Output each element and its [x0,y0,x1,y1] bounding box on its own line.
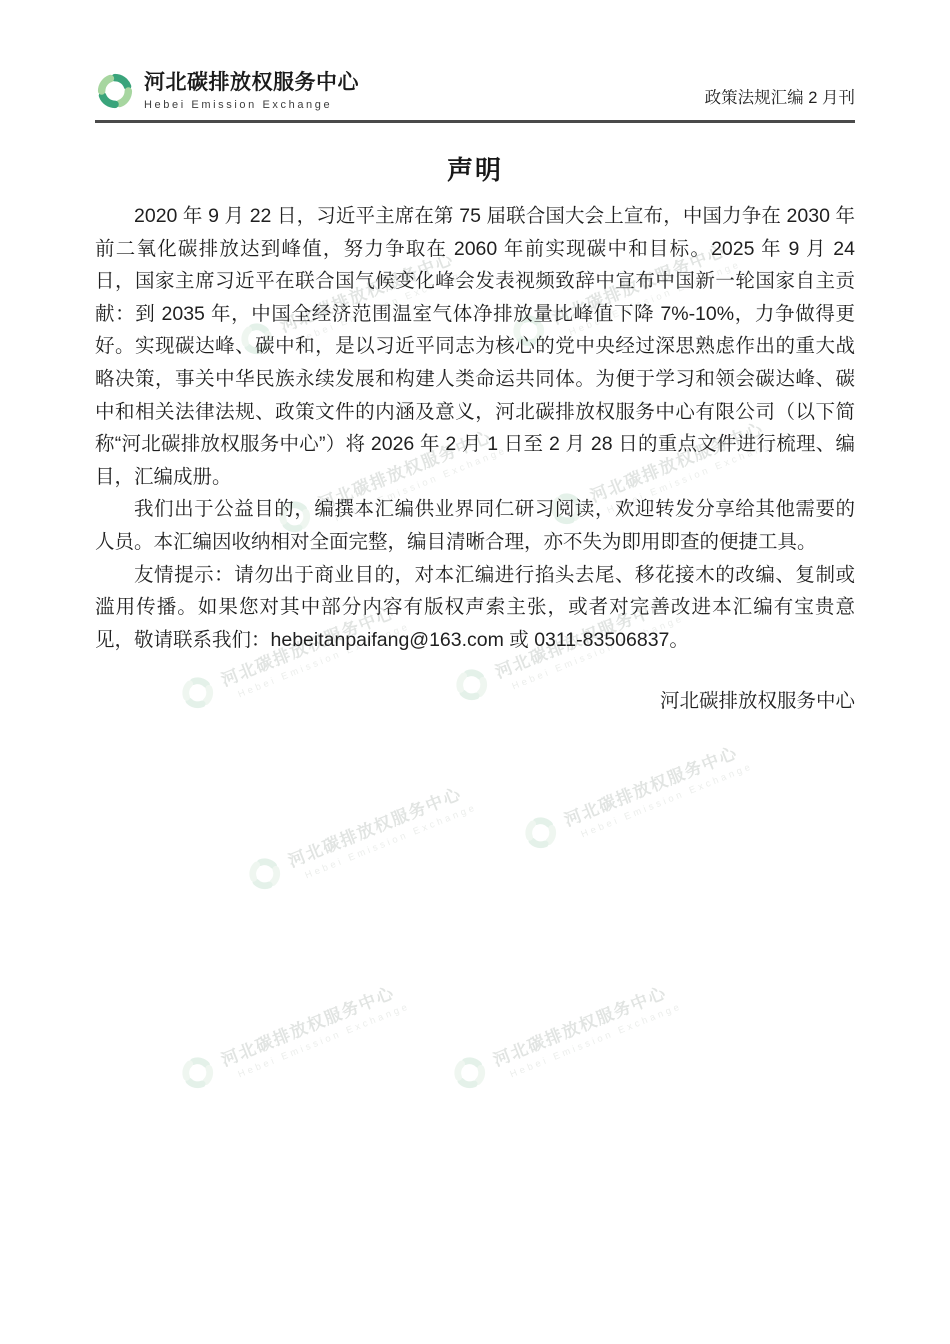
brand-pinwheel-logo-icon [95,71,135,111]
watermark-text-en: Hebei Emission Exchange [580,761,755,840]
watermark-text-en: Hebei Emission Exchange [509,1001,684,1080]
brand: 河北碳排放权服务中心 Hebei Emission Exchange [95,71,359,111]
watermark-pinwheel-logo-icon [446,1049,495,1101]
statement-paragraph-3: 友情提示：请勿出于商业目的，对本汇编进行掐头去尾、移花接木的改编、复制或滥用传播… [95,559,855,657]
statement-content: 声明 2020 年 9 月 22 日，习近平主席在第 75 届联合国大会上宣布，… [95,150,855,717]
brand-name-en: Hebei Emission Exchange [144,99,359,111]
watermark-text-zh: 河北碳排放权服务中心 [560,735,750,831]
watermark-pinwheel-logo-icon [241,850,290,902]
watermark-text-zh: 河北碳排放权服务中心 [489,975,679,1071]
watermark: 河北碳排放权服务中心Hebei Emission Exchange [446,973,683,1101]
watermark: 河北碳排放权服务中心Hebei Emission Exchange [517,733,754,861]
watermark-text-zh: 河北碳排放权服务中心 [284,776,474,872]
page-header: 河北碳排放权服务中心 Hebei Emission Exchange 政策法规汇… [95,0,855,123]
statement-paragraph-2: 我们出于公益目的，编撰本汇编供业界同仁研习阅读，欢迎转发分享给其他需要的人员。本… [95,493,855,558]
watermark-pinwheel-logo-icon [174,1049,223,1101]
brand-text: 河北碳排放权服务中心 Hebei Emission Exchange [144,71,359,110]
watermark-text-en: Hebei Emission Exchange [237,1001,412,1080]
signature: 河北碳排放权服务中心 [95,685,855,717]
issue-label: 政策法规汇编 2 月刊 [705,84,855,111]
watermark-pinwheel-logo-icon [517,809,566,861]
watermark-text-zh: 河北碳排放权服务中心 [217,975,407,1071]
brand-name-zh: 河北碳排放权服务中心 [144,71,359,95]
statement-paragraph-1: 2020 年 9 月 22 日，习近平主席在第 75 届联合国大会上宣布，中国力… [95,200,855,493]
watermark-text-en: Hebei Emission Exchange [304,802,479,881]
statement-title: 声明 [95,150,855,187]
watermark: 河北碳排放权服务中心Hebei Emission Exchange [241,774,478,902]
statement-page: 河北碳排放权服务中心Hebei Emission Exchange河北碳排放权服… [0,0,950,1344]
watermark: 河北碳排放权服务中心Hebei Emission Exchange [174,973,411,1101]
